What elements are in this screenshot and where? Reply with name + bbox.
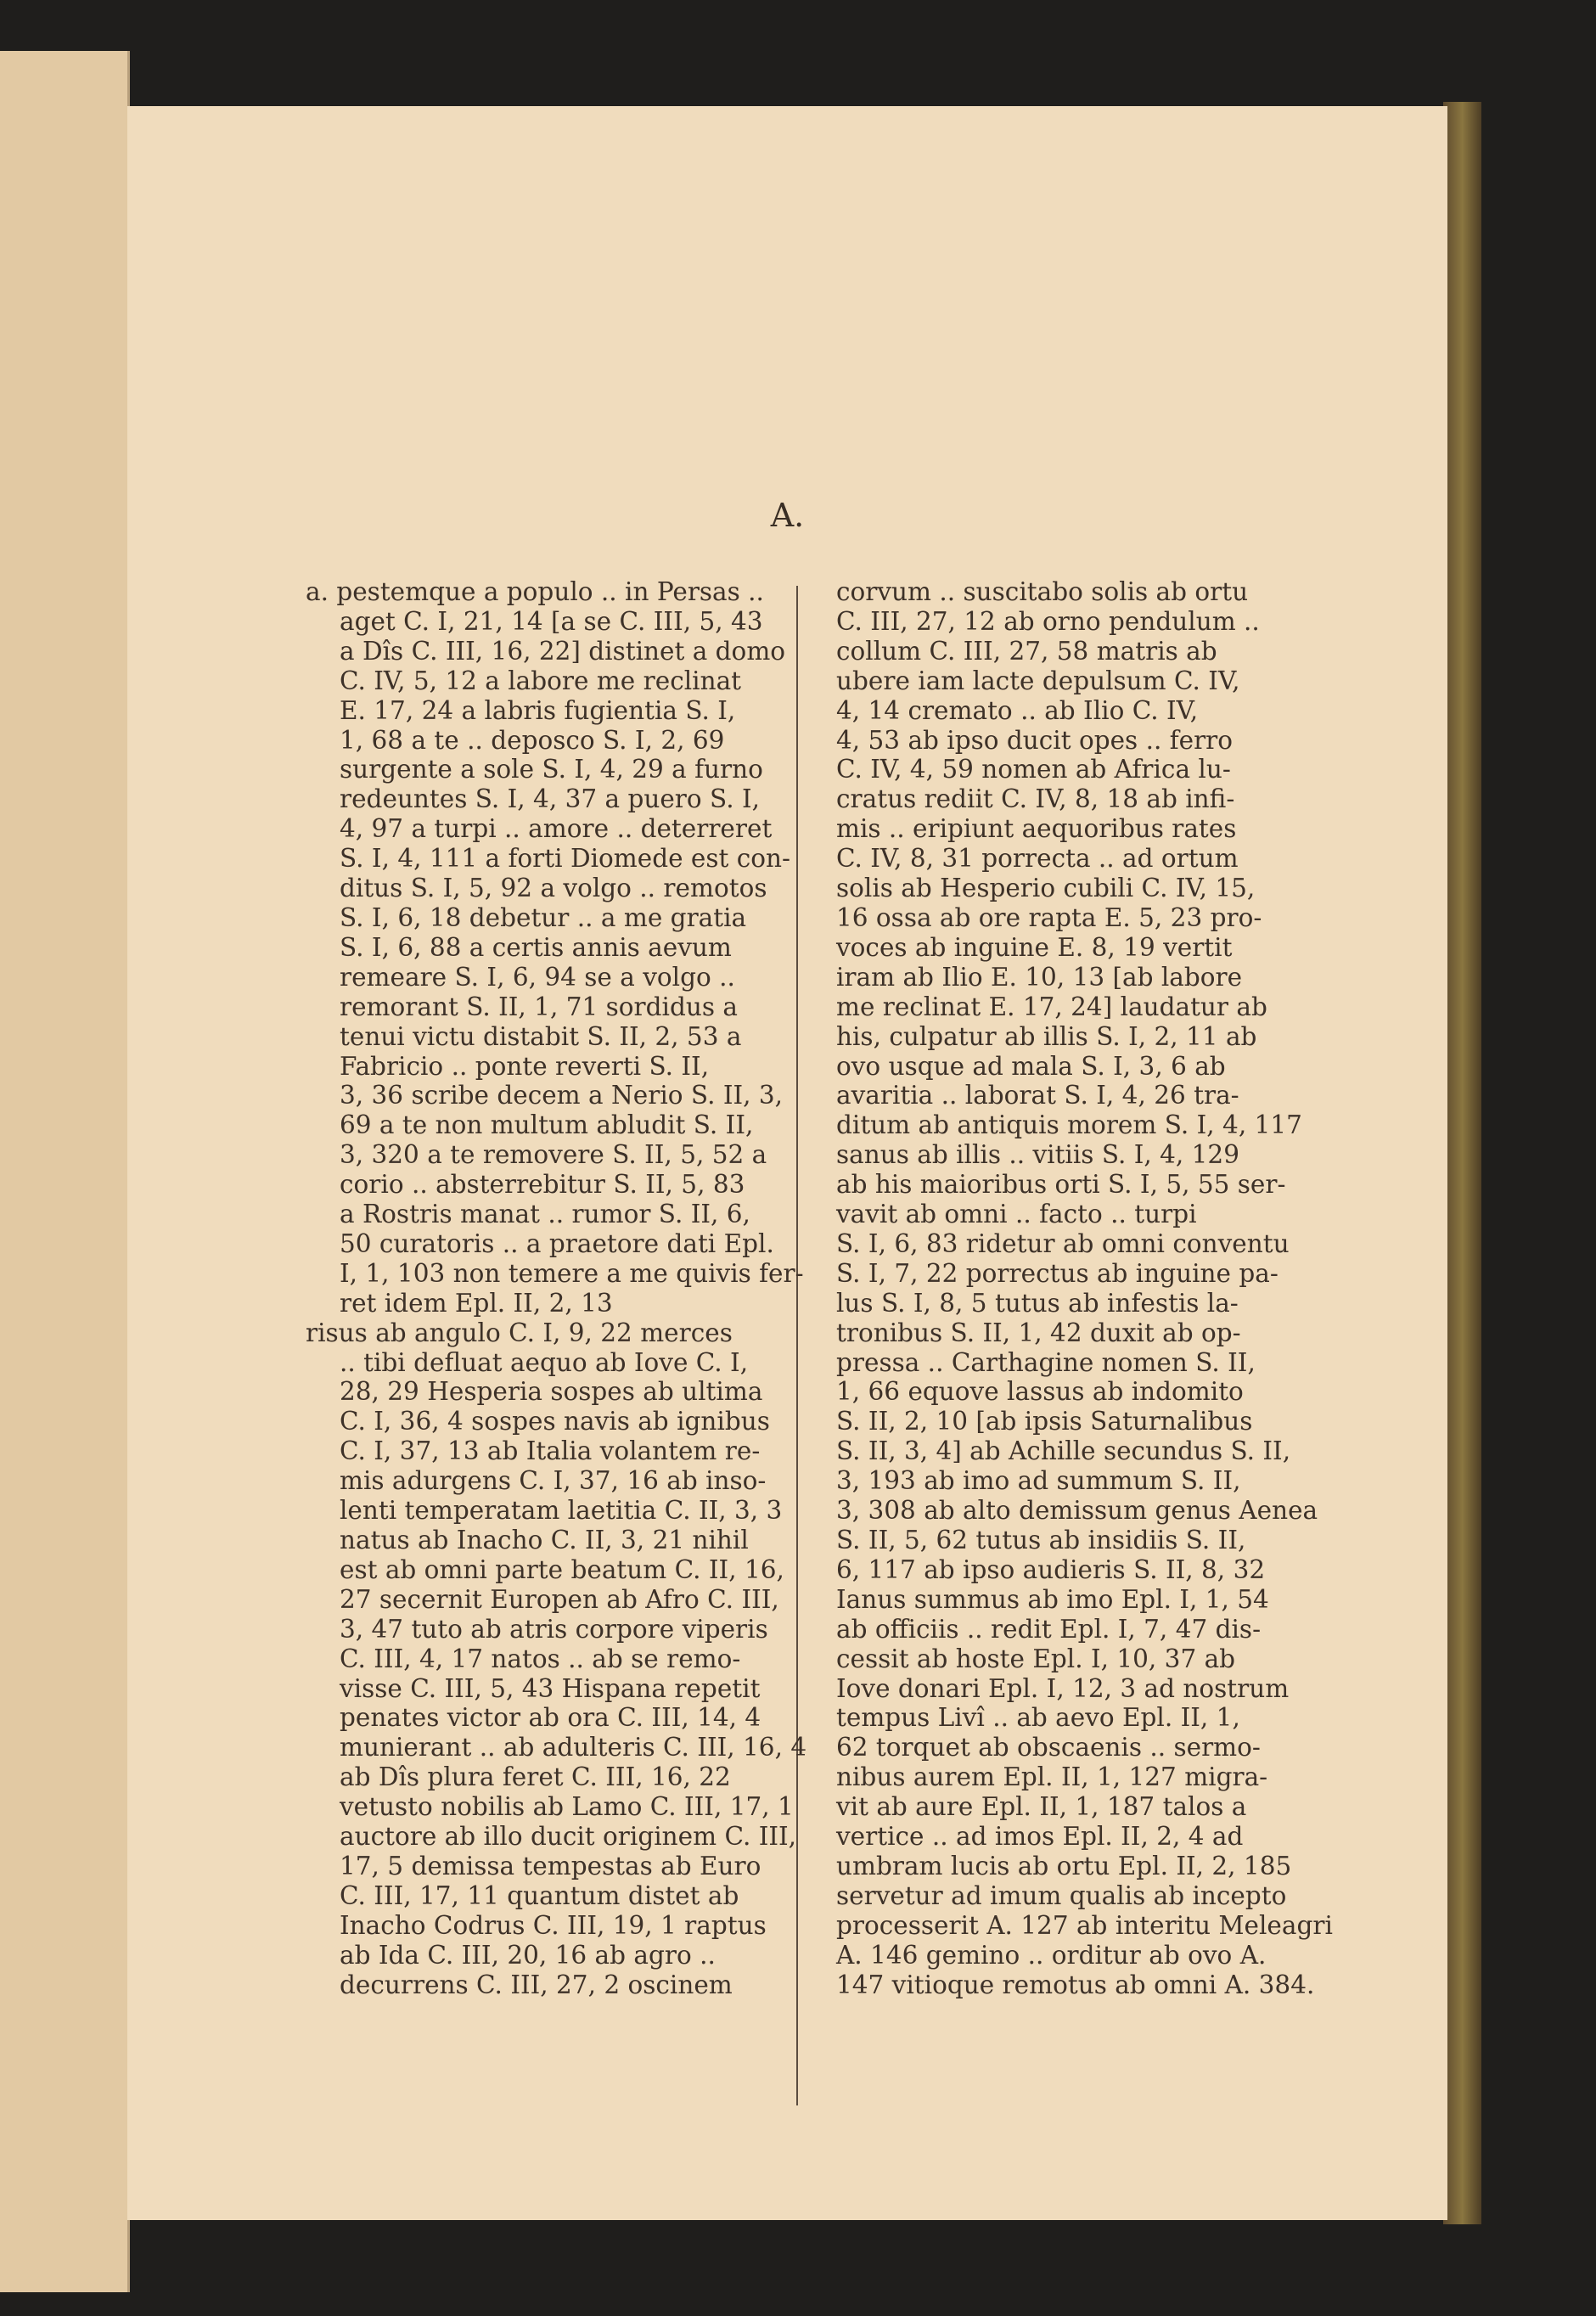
text-line: processerit A. 127 ab interitu Meleagri: [836, 1911, 1413, 1941]
text-line: A. 146 gemino .. orditur ab ovo A.: [836, 1941, 1413, 1970]
text-line: decurrens C. III, 27, 2 oscinem: [306, 1970, 917, 2000]
text-line: 17, 5 demissa tempestas ab Euro: [306, 1852, 917, 1881]
text-line: ret idem Epl. II, 2, 13: [306, 1289, 917, 1318]
text-line: C. I, 36, 4 sospes navis ab ignibus: [306, 1407, 917, 1436]
text-line: 6, 117 ab ipso audieris S. II, 8, 32: [836, 1555, 1413, 1585]
text-line: I, 1, 103 non temere a me quivis fer-: [306, 1259, 917, 1289]
text-line: mis adurgens C. I, 37, 16 ab inso-: [306, 1466, 917, 1496]
text-line: servetur ad imum qualis ab incepto: [836, 1881, 1413, 1911]
text-line: est ab omni parte beatum C. II, 16,: [306, 1555, 917, 1585]
text-line: 3, 320 a te removere S. II, 5, 52 a: [306, 1140, 917, 1170]
text-line: tenui victu distabit S. II, 2, 53 a: [306, 1022, 917, 1052]
text-line: C. III, 4, 17 natos .. ab se remo-: [306, 1644, 917, 1674]
text-line: S. II, 2, 10 [ab ipsis Saturnalibus: [836, 1407, 1413, 1436]
text-line: remeare S. I, 6, 94 se a volgo ..: [306, 963, 917, 992]
text-line: avaritia .. laborat S. I, 4, 26 tra-: [836, 1081, 1413, 1110]
text-line: natus ab Inacho C. II, 3, 21 nihil: [306, 1526, 917, 1555]
text-line: 3, 308 ab alto demissum genus Aenea: [836, 1496, 1413, 1526]
text-line: nibus aurem Epl. II, 1, 127 migra-: [836, 1762, 1413, 1792]
book-page: A. a. pestemque a populo .. in Persas ..…: [127, 106, 1447, 2220]
text-line: C. I, 37, 13 ab Italia volantem re-: [306, 1436, 917, 1466]
text-line: 27 secernit Europen ab Afro C. III,: [306, 1585, 917, 1615]
text-line: E. 17, 24 a labris fugientia S. I,: [306, 696, 917, 726]
text-line: 1, 68 a te .. deposco S. I, 2, 69: [306, 726, 917, 756]
text-line: 4, 14 cremato .. ab Ilio C. IV,: [836, 696, 1413, 726]
text-line: solis ab Hesperio cubili C. IV, 15,: [836, 874, 1413, 903]
text-line: Ianus summus ab imo Epl. I, 1, 54: [836, 1585, 1413, 1615]
text-line: vavit ab omni .. facto .. turpi: [836, 1200, 1413, 1229]
text-line: munierant .. ab adulteris C. III, 16, 4: [306, 1733, 917, 1762]
section-heading: A.: [127, 497, 1447, 534]
text-line: ab officiis .. redit Epl. I, 7, 47 dis-: [836, 1615, 1413, 1644]
text-line: C. III, 27, 12 ab orno pendulum ..: [836, 607, 1413, 637]
facing-page-edge: [0, 51, 130, 2292]
text-line: C. IV, 8, 31 porrecta .. ad ortum: [836, 844, 1413, 874]
text-line: S. I, 4, 111 a forti Diomede est con-: [306, 844, 917, 874]
text-line: 3, 193 ab imo ad summum S. II,: [836, 1466, 1413, 1496]
text-line: S. I, 6, 18 debetur .. a me gratia: [306, 903, 917, 933]
left-column: a. pestemque a populo .. in Persas ..age…: [306, 577, 917, 2000]
text-line: cessit ab hoste Epl. I, 10, 37 ab: [836, 1644, 1413, 1674]
text-line: S. I, 6, 83 ridetur ab omni conventu: [836, 1229, 1413, 1259]
text-line: S. II, 5, 62 tutus ab insidiis S. II,: [836, 1526, 1413, 1555]
text-line: 4, 97 a turpi .. amore .. deterreret: [306, 814, 917, 844]
text-line: vertice .. ad imos Epl. II, 2, 4 ad: [836, 1822, 1413, 1852]
text-line: ab his maioribus orti S. I, 5, 55 ser-: [836, 1170, 1413, 1200]
text-line: 3, 47 tuto ab atris corpore viperis: [306, 1615, 917, 1644]
text-line: tronibus S. II, 1, 42 duxit ab op-: [836, 1318, 1413, 1348]
text-line: lus S. I, 8, 5 tutus ab infestis la-: [836, 1289, 1413, 1318]
text-line: penates victor ab ora C. III, 14, 4: [306, 1703, 917, 1733]
text-line: C. IV, 5, 12 a labore me reclinat: [306, 666, 917, 696]
text-line: lenti temperatam laetitia C. II, 3, 3: [306, 1496, 917, 1526]
text-line: C. III, 17, 11 quantum distet ab: [306, 1881, 917, 1911]
text-line: 3, 36 scribe decem a Nerio S. II, 3,: [306, 1081, 917, 1110]
text-line: S. I, 7, 22 porrectus ab inguine pa-: [836, 1259, 1413, 1289]
text-line: me reclinat E. 17, 24] laudatur ab: [836, 992, 1413, 1022]
text-line: a Dîs C. III, 16, 22] distinet a domo: [306, 637, 917, 666]
text-line: sanus ab illis .. vitiis S. I, 4, 129: [836, 1140, 1413, 1170]
text-line: ovo usque ad mala S. I, 3, 6 ab: [836, 1052, 1413, 1082]
text-line: S. I, 6, 88 a certis annis aevum: [306, 933, 917, 963]
text-line: risus ab angulo C. I, 9, 22 merces: [306, 1318, 917, 1348]
text-line: ab Ida C. III, 20, 16 ab agro ..: [306, 1941, 917, 1970]
text-line: umbram lucis ab ortu Epl. II, 2, 185: [836, 1852, 1413, 1881]
text-line: visse C. III, 5, 43 Hispana repetit: [306, 1674, 917, 1704]
text-line: 1, 66 equove lassus ab indomito: [836, 1377, 1413, 1407]
text-line: S. II, 3, 4] ab Achille secundus S. II,: [836, 1436, 1413, 1466]
text-line: .. tibi defluat aequo ab Iove C. I,: [306, 1348, 917, 1378]
text-line: cratus rediit C. IV, 8, 18 ab infi-: [836, 784, 1413, 814]
text-line: 16 ossa ab ore rapta E. 5, 23 pro-: [836, 903, 1413, 933]
text-line: auctore ab illo ducit originem C. III,: [306, 1822, 917, 1852]
text-line: tempus Livî .. ab aevo Epl. II, 1,: [836, 1703, 1413, 1733]
text-line: corio .. absterrebitur S. II, 5, 83: [306, 1170, 917, 1200]
text-line: pressa .. Carthagine nomen S. II,: [836, 1348, 1413, 1378]
text-line: his, culpatur ab illis S. I, 2, 11 ab: [836, 1022, 1413, 1052]
right-column: corvum .. suscitabo solis ab ortuC. III,…: [836, 577, 1413, 2000]
text-line: C. IV, 4, 59 nomen ab Africa lu-: [836, 755, 1413, 784]
text-line: mis .. eripiunt aequoribus rates: [836, 814, 1413, 844]
text-line: 62 torquet ab obscaenis .. sermo-: [836, 1733, 1413, 1762]
text-line: a. pestemque a populo .. in Persas ..: [306, 577, 917, 607]
text-line: 69 a te non multum abludit S. II,: [306, 1110, 917, 1140]
text-line: 4, 53 ab ipso ducit opes .. ferro: [836, 726, 1413, 756]
text-line: ditum ab antiquis morem S. I, 4, 117: [836, 1110, 1413, 1140]
text-line: corvum .. suscitabo solis ab ortu: [836, 577, 1413, 607]
text-line: redeuntes S. I, 4, 37 a puero S. I,: [306, 784, 917, 814]
text-line: 28, 29 Hesperia sospes ab ultima: [306, 1377, 917, 1407]
text-line: 147 vitioque remotus ab omni A. 384.: [836, 1970, 1413, 2000]
text-line: Iove donari Epl. I, 12, 3 ad nostrum: [836, 1674, 1413, 1704]
text-line: Fabricio .. ponte reverti S. II,: [306, 1052, 917, 1082]
text-line: remorant S. II, 1, 71 sordidus a: [306, 992, 917, 1022]
text-line: Inacho Codrus C. III, 19, 1 raptus: [306, 1911, 917, 1941]
text-line: aget C. I, 21, 14 [a se C. III, 5, 43: [306, 607, 917, 637]
text-line: voces ab inguine E. 8, 19 vertit: [836, 933, 1413, 963]
text-line: vit ab aure Epl. II, 1, 187 talos a: [836, 1792, 1413, 1822]
text-line: surgente a sole S. I, 4, 29 a furno: [306, 755, 917, 784]
text-line: a Rostris manat .. rumor S. II, 6,: [306, 1200, 917, 1229]
book-cover-edge: [1443, 102, 1481, 2224]
text-line: ditus S. I, 5, 92 a volgo .. remotos: [306, 874, 917, 903]
text-line: ab Dîs plura feret C. III, 16, 22: [306, 1762, 917, 1792]
text-line: vetusto nobilis ab Lamo C. III, 17, 1: [306, 1792, 917, 1822]
text-line: collum C. III, 27, 58 matris ab: [836, 637, 1413, 666]
text-line: iram ab Ilio E. 10, 13 [ab labore: [836, 963, 1413, 992]
text-line: ubere iam lacte depulsum C. IV,: [836, 666, 1413, 696]
text-line: 50 curatoris .. a praetore dati Epl.: [306, 1229, 917, 1259]
